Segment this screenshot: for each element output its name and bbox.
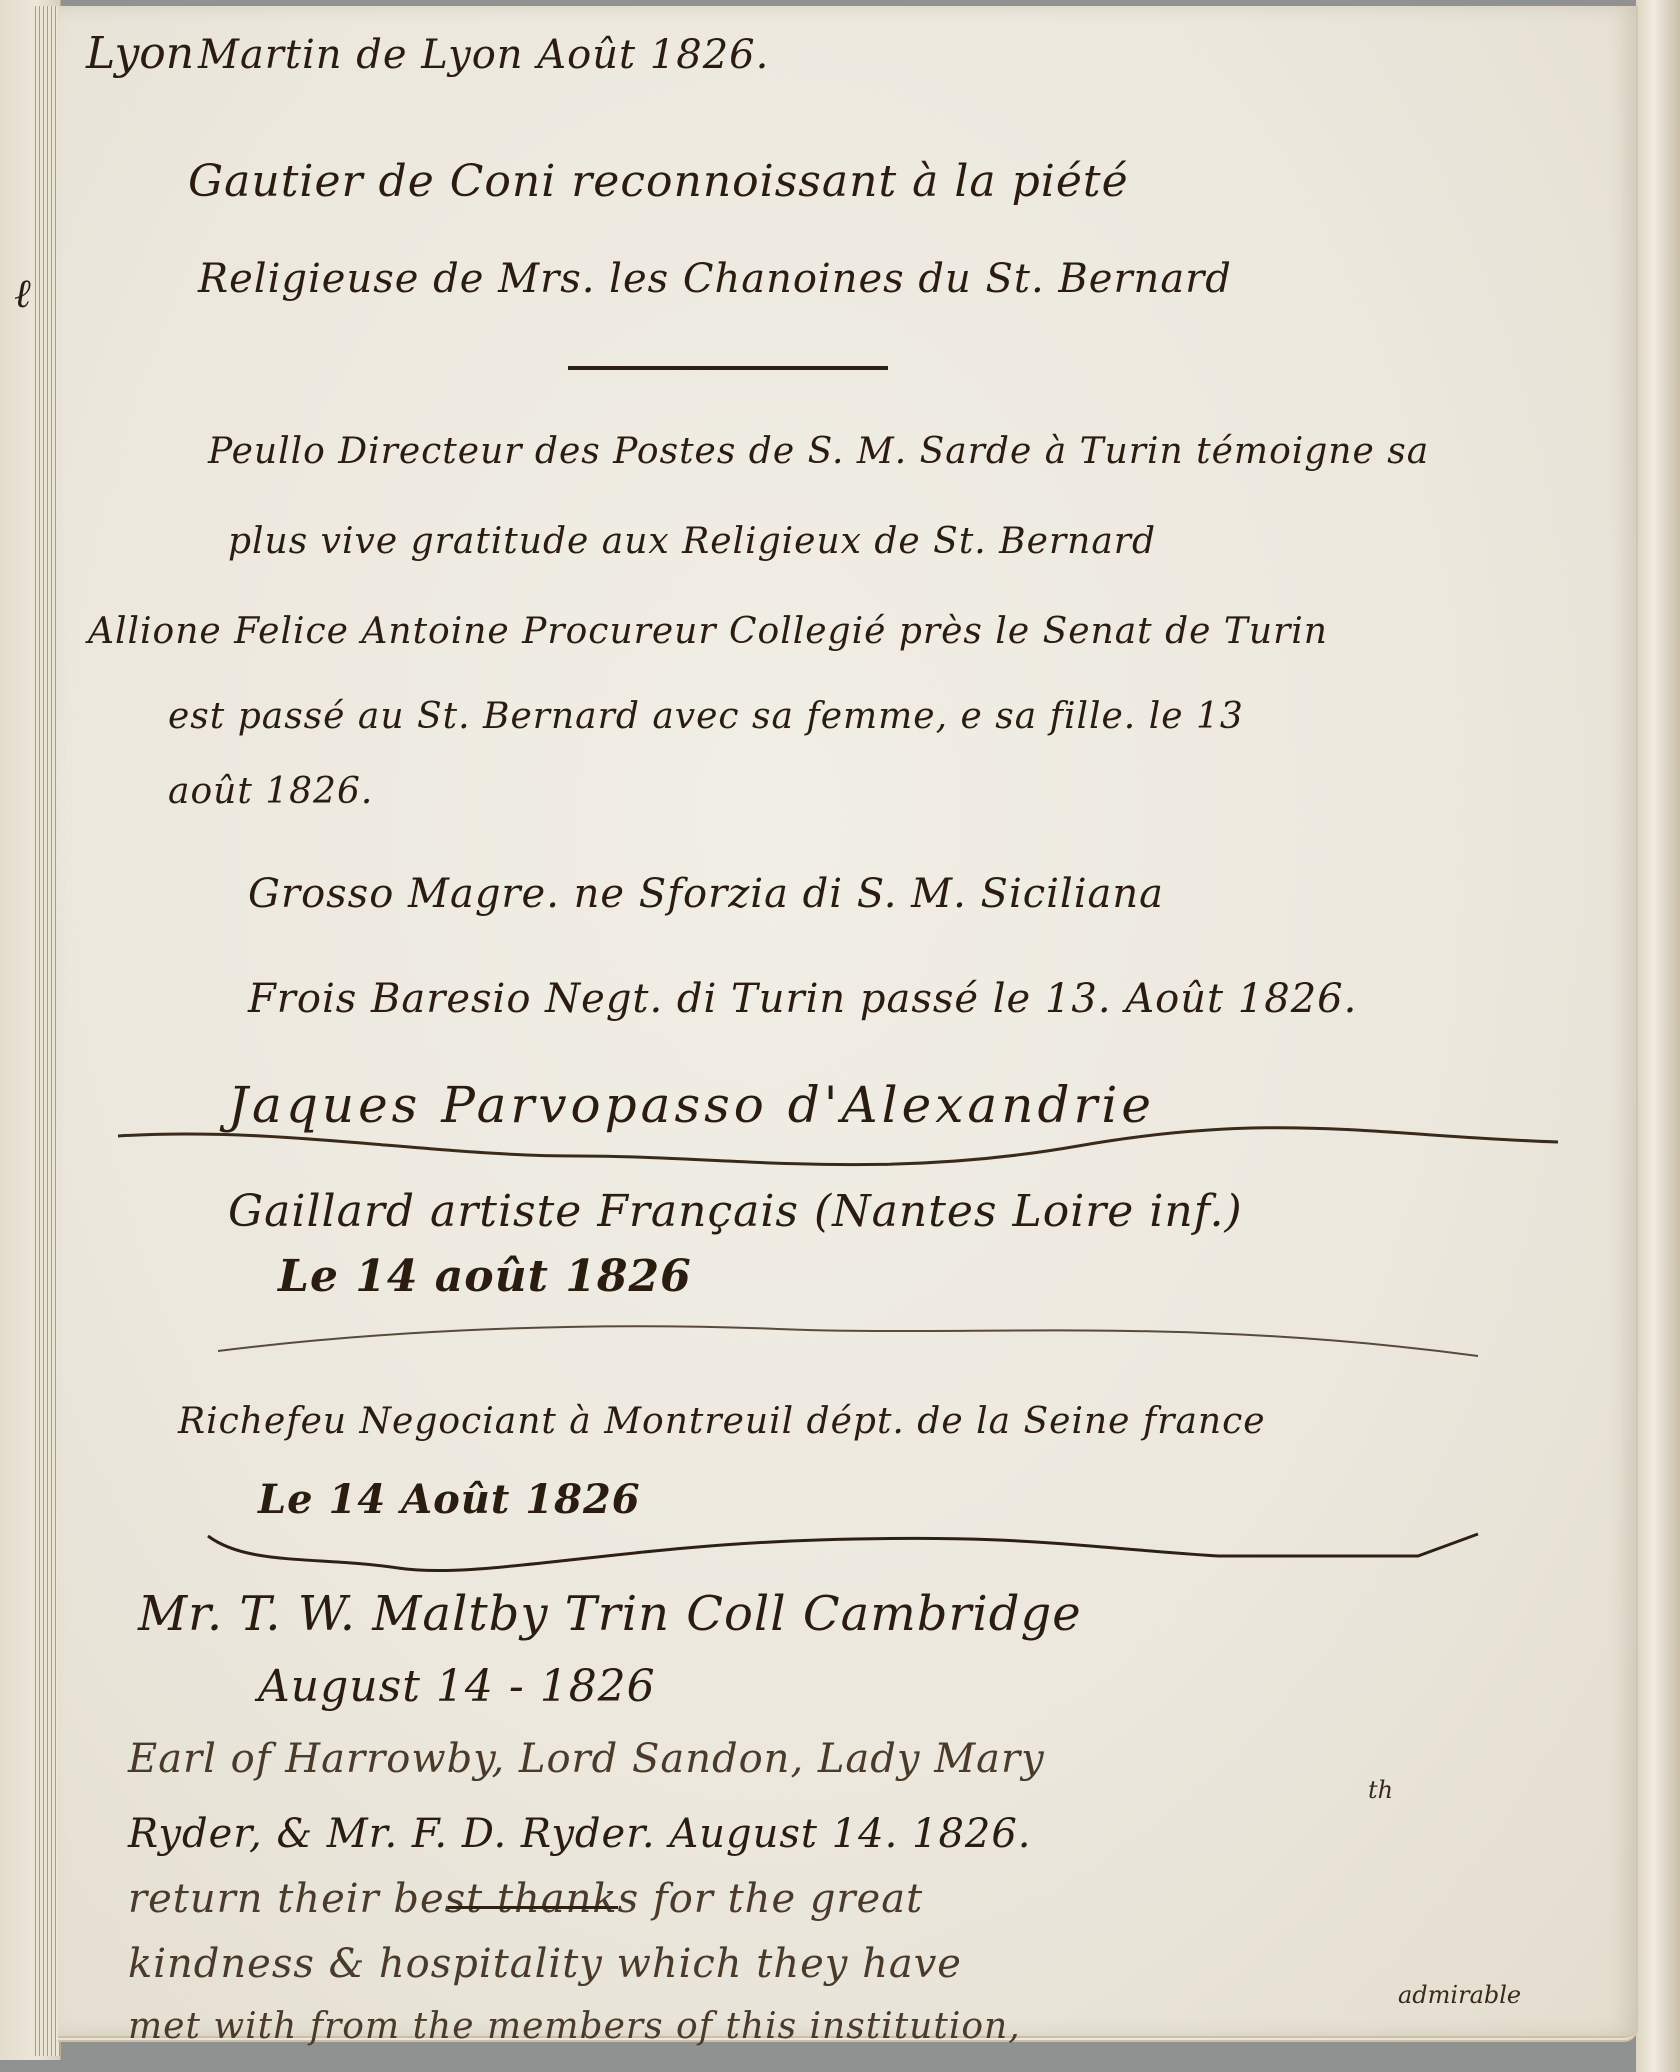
entry-line: Richefeu Negociant à Montreuil dépt. de …	[178, 1401, 1266, 1442]
wavy-divider	[78, 1311, 1578, 1361]
divider-rule	[568, 366, 888, 370]
entry-line: Earl of Harrowby, Lord Sandon, Lady Mary	[128, 1736, 1045, 1782]
entry-line: Martin de Lyon Août 1826.	[198, 32, 769, 78]
inserted-word: admirable	[1398, 1981, 1521, 2009]
entry-line: kindness & hospitality which they have	[128, 1941, 962, 1987]
manuscript-book: ℓ Lyon Martin de Lyon Août 1826. Gautier…	[0, 0, 1680, 2072]
entry-line: Ryder, & Mr. F. D. Ryder. August 14. 182…	[128, 1811, 1032, 1857]
margin-fragment: ℓ	[14, 270, 31, 317]
wavy-divider	[118, 1516, 1618, 1576]
entry-line: Allione Felice Antoine Procureur Collegi…	[88, 611, 1328, 652]
entry-line: Mr. T. W. Maltby Trin Coll Cambridge	[138, 1586, 1082, 1642]
entry-line: août 1826.	[168, 771, 373, 812]
entry-line: Gautier de Coni reconnoissant à la piété	[188, 156, 1129, 207]
entry-line: est passé au St. Bernard avec sa femme, …	[168, 696, 1244, 737]
entry-line: Le 14 août 1826	[278, 1251, 692, 1302]
entry-line: Grosso Magre. ne Sforzia di S. M. Sicili…	[248, 871, 1164, 917]
entry-line: return their best thanks for the great	[128, 1876, 923, 1922]
wavy-divider	[78, 1126, 1578, 1186]
strikethrough-mark	[448, 1906, 618, 1909]
entry-line: Religieuse de Mrs. les Chanoines du St. …	[198, 256, 1232, 302]
entry-line: Peullo Directeur des Postes de S. M. Sar…	[208, 431, 1429, 472]
entry-line: met with from the members of this instit…	[128, 2006, 1021, 2047]
entry-line: Gaillard artiste Français (Nantes Loire …	[228, 1186, 1243, 1237]
margin-note: Lyon	[86, 28, 194, 79]
entry-line: Frois Baresio Negt. di Turin passé le 13…	[248, 976, 1357, 1022]
superscript-th: th	[1368, 1776, 1393, 1804]
entry-line: plus vive gratitude aux Religieux de St.…	[228, 521, 1156, 562]
page-stack-edges	[32, 6, 60, 2056]
entry-line: August 14 - 1826	[258, 1661, 656, 1712]
right-page-edge	[1636, 0, 1680, 2072]
manuscript-page: Lyon Martin de Lyon Août 1826. Gautier d…	[58, 6, 1638, 2042]
